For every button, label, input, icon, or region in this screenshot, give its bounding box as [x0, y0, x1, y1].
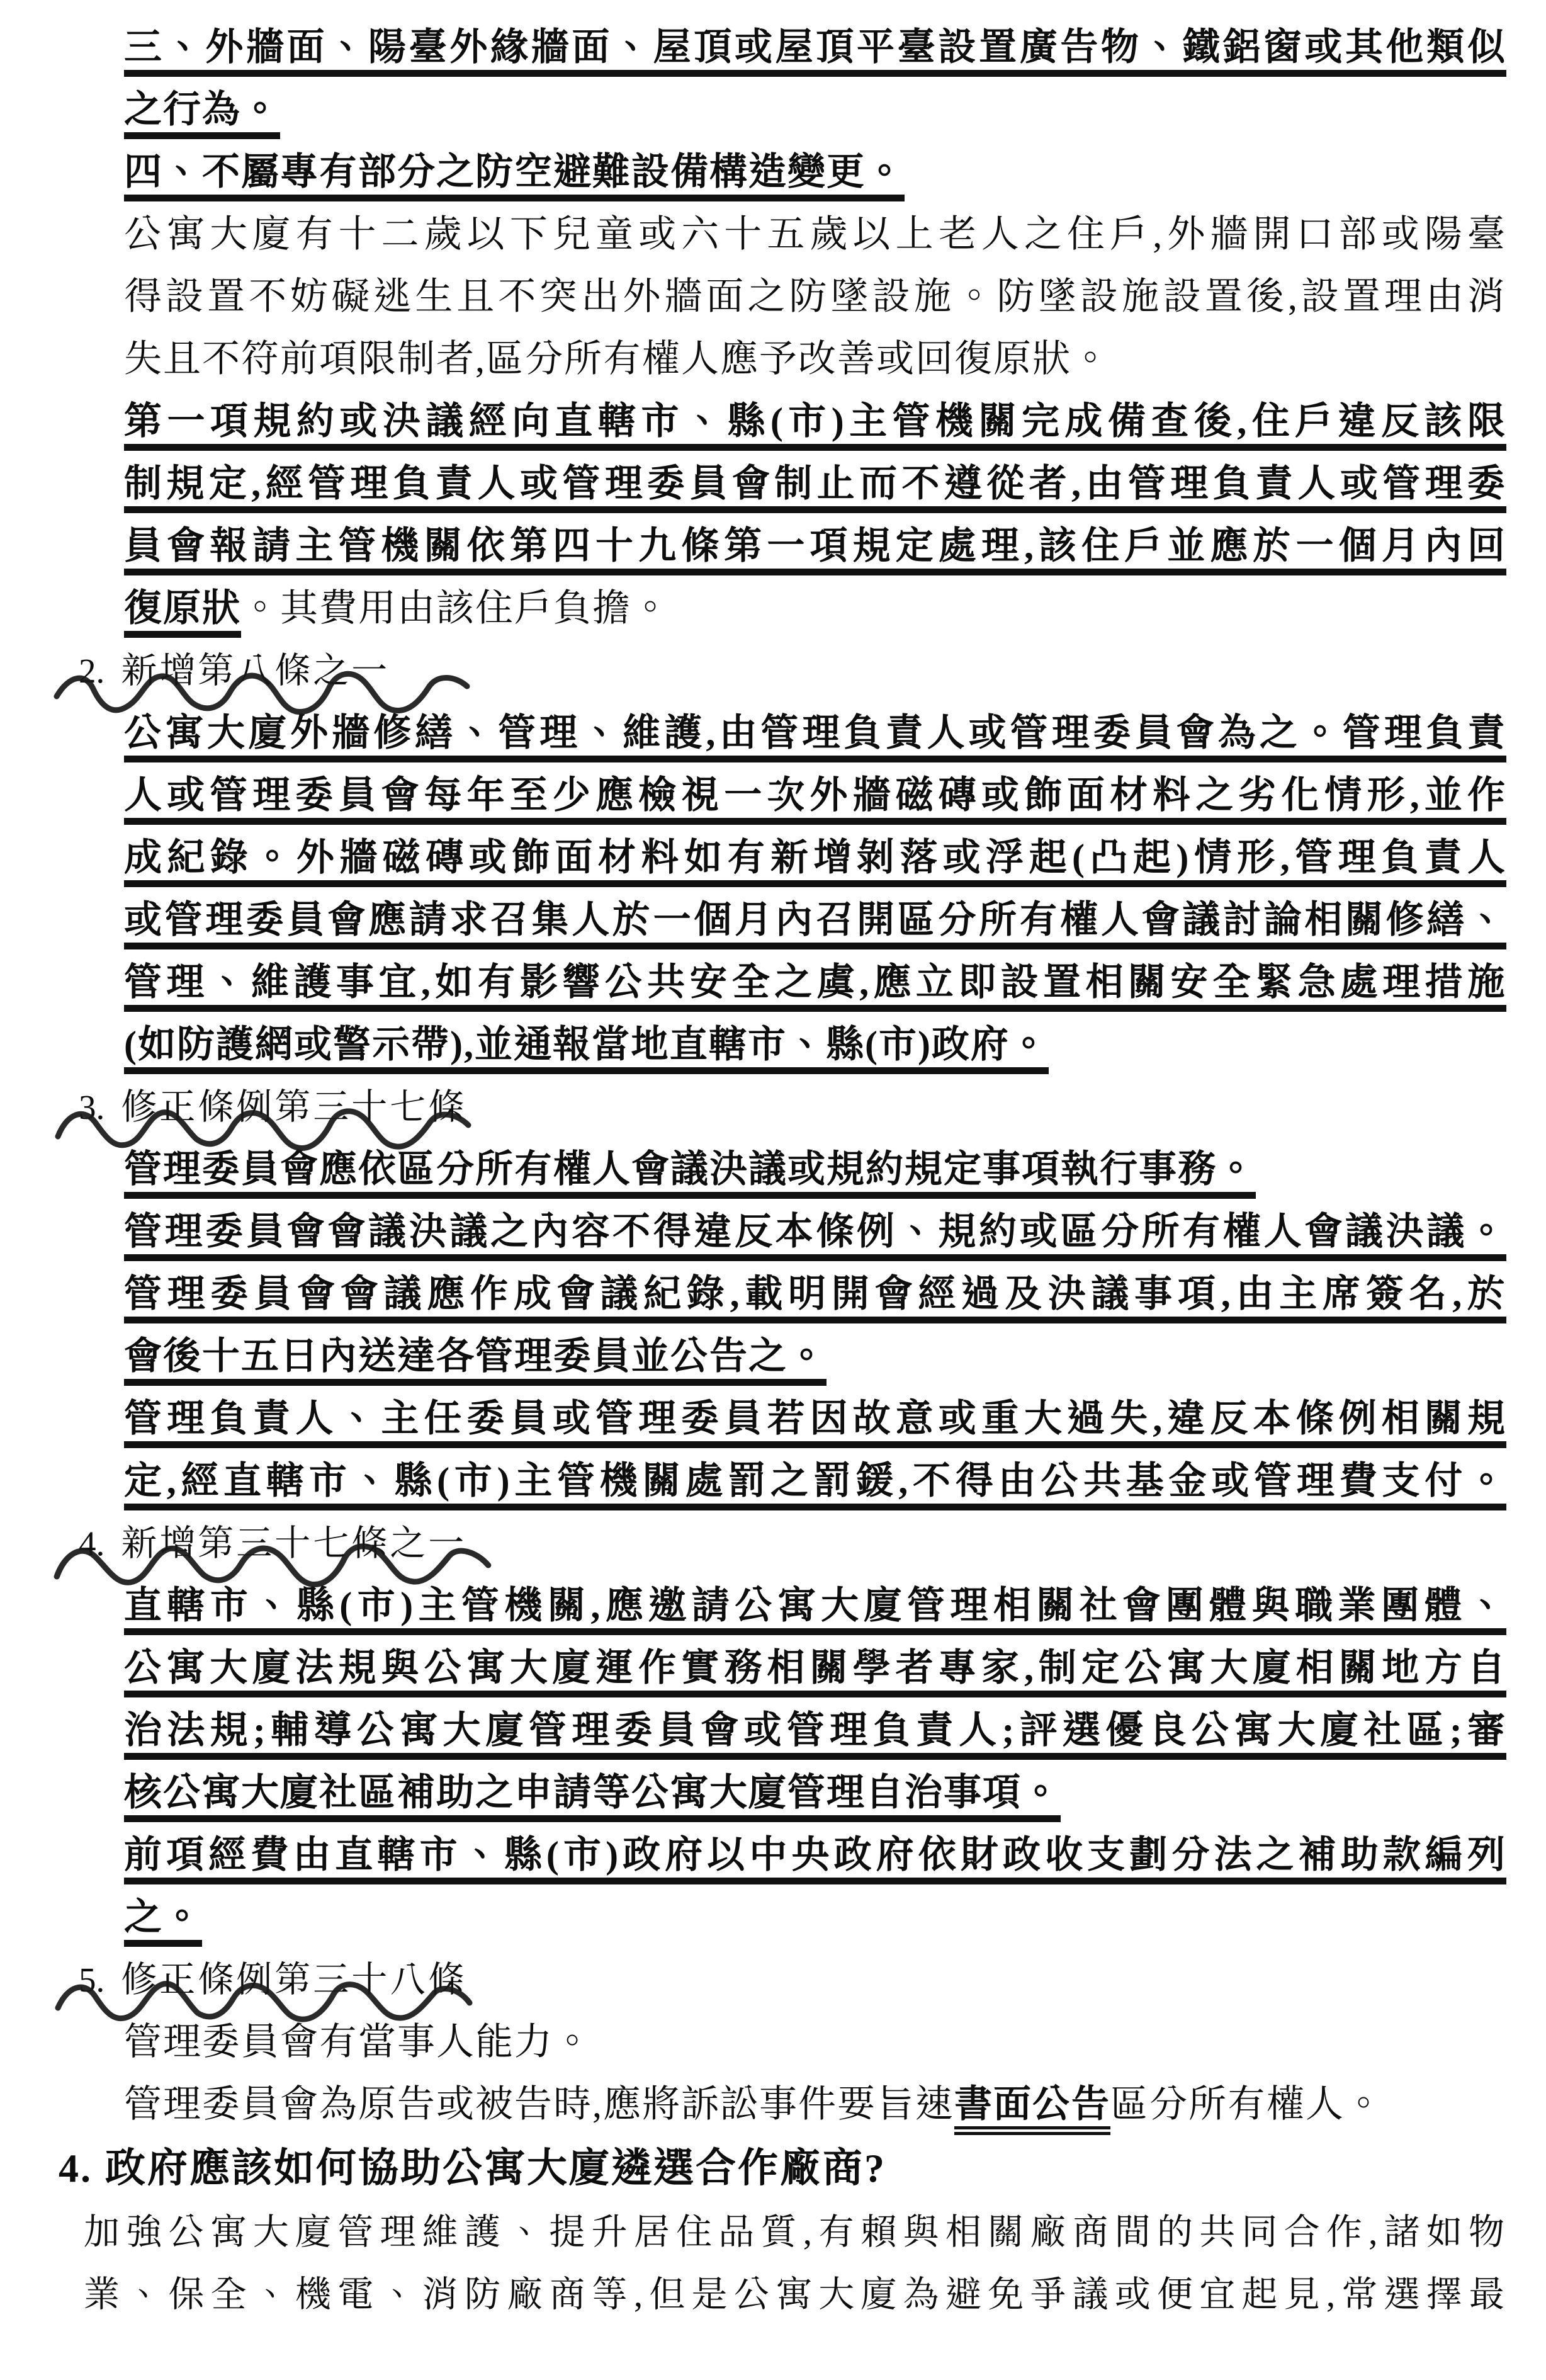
doc-line-item-3: 三、外牆面、陽臺外緣牆面、屋頂或屋頂平臺設置廣告物、鐵鋁窗或其他類似 — [124, 16, 1506, 79]
item-title: 修正條例第三十七條 — [121, 1087, 466, 1127]
doc-line: (如防護網或警示帶),並通報當地直轄市、縣(市)政府。 — [124, 1014, 1506, 1076]
doc-line-item-3-cont: 之行為。 — [124, 79, 1506, 141]
underlined-text: 管理委員會應依區分所有權人會議決議或規約規定事項執行事務。 — [124, 1148, 1256, 1199]
underlined-text: 會後十五日內送達各管理委員並公告之。 — [124, 1335, 827, 1386]
body-text: 。其費用由該住戶負擔。 — [241, 587, 670, 629]
underlined-text: 管理負責人、主任委員或管理委員若因故意或重大過失,違反本條例相關規 — [124, 1398, 1506, 1448]
item-title: 修正條例第三十八條 — [121, 1960, 466, 2000]
underlined-text: 定,經直轄市、縣(市)主管機關處罰之罰鍰,不得由公共基金或管理費支付。 — [124, 1460, 1506, 1510]
underlined-text: 之。 — [124, 1896, 202, 1947]
amendment-item-4-heading: 4.新增第三十七條之一 — [0, 1512, 1546, 1575]
underlined-text: 制規定,經管理負責人或管理委員會制止而不遵從者,由管理負責人或管理委 — [124, 463, 1506, 513]
doc-line: 治法規;輔導公寓大廈管理委員會或管理負責人;評選優良公寓大廈社區;審 — [124, 1699, 1506, 1762]
doc-line-mixed: 管理委員會為原告或被告時,應將訴訟事件要旨速書面公告區分所有權人。 — [124, 2073, 1506, 2136]
doc-line: 人或管理委員會每年至少應檢視一次外牆磁磚或飾面材料之劣化情形,並作 — [124, 764, 1506, 827]
underlined-text: 前項經費由直轄市、縣(市)政府以中央政府依財政收支劃分法之補助款編列 — [124, 1834, 1506, 1884]
doc-line: 公寓大廈外牆修繕、管理、維護,由管理負責人或管理委員會為之。管理負責 — [124, 702, 1506, 764]
doc-line: 會後十五日內送達各管理委員並公告之。 — [124, 1325, 1506, 1388]
underlined-text: 三、外牆面、陽臺外緣牆面、屋頂或屋頂平臺設置廣告物、鐵鋁窗或其他類似 — [124, 26, 1506, 77]
item-number: 3. — [79, 1088, 104, 1126]
body-text: 加強公寓大廈管理維護、提升居住品質,有賴與相關廠商間的共同合作,諸如物 — [84, 2213, 1506, 2252]
section-number: 4. — [59, 2146, 93, 2190]
underlined-text: 第一項規約或決議經向直轄市、縣(市)主管機關完成備查後,住戶違反該限 — [124, 400, 1506, 451]
underlined-text: 治法規;輔導公寓大廈管理委員會或管理負責人;評選優良公寓大廈社區;審 — [124, 1709, 1506, 1760]
doc-line-mixed: 復原狀。其費用由該住戶負擔。 — [124, 577, 1506, 640]
doc-line: 第一項規約或決議經向直轄市、縣(市)主管機關完成備查後,住戶違反該限 — [124, 390, 1506, 453]
amendment-item-2-heading: 2.新增第八條之一 — [0, 640, 1546, 702]
body-text: 管理委員會為原告或被告時,應將訴訟事件要旨速 — [124, 2083, 954, 2125]
underlined-text: 員會報請主管機關依第四十九條第一項規定處理,該住戶並應於一個月內回 — [124, 525, 1506, 575]
doc-line: 管理委員會有當事人能力。 — [124, 2011, 1506, 2073]
body-text: 失且不符前項限制者,區分所有權人應予改善或回復原狀。 — [124, 338, 1110, 380]
scanned-legal-document-page: 三、外牆面、陽臺外緣牆面、屋頂或屋頂平臺設置廣告物、鐵鋁窗或其他類似 之行為。 … — [0, 0, 1546, 2380]
doc-line: 加強公寓大廈管理維護、提升居住品質,有賴與相關廠商間的共同合作,諸如物 — [84, 2201, 1506, 2264]
double-underlined-text: 書面公告 — [954, 2083, 1110, 2135]
doc-line: 管理負責人、主任委員或管理委員若因故意或重大過失,違反本條例相關規 — [124, 1388, 1506, 1450]
doc-line: 前項經費由直轄市、縣(市)政府以中央政府依財政收支劃分法之補助款編列 — [124, 1824, 1506, 1886]
underlined-text: 成紀錄。外牆磁磚或飾面材料如有新增剝落或浮起(凸起)情形,管理負責人 — [124, 837, 1506, 887]
item-number: 4. — [79, 1524, 104, 1563]
body-text: 業、保全、機電、消防廠商等,但是公寓大廈為避免爭議或便宜起見,常選擇最 — [84, 2275, 1506, 2315]
doc-line: 管理委員會會議應作成會議紀錄,載明開會經過及決議事項,由主席簽名,於 — [124, 1263, 1506, 1325]
underlined-text: 復原狀 — [124, 587, 241, 638]
item-title: 新增第八條之一 — [121, 651, 390, 691]
underlined-text: 或管理委員會應請求召集人於一個月內召開區分所有權人會議討論相關修繕、 — [124, 899, 1506, 949]
item-number: 5. — [79, 1961, 104, 1999]
doc-line: 管理委員會會議決議之內容不得違反本條例、規約或區分所有權人會議決議。 — [124, 1201, 1506, 1263]
item-number: 2. — [79, 652, 104, 690]
item-title: 新增第三十七條之一 — [121, 1524, 466, 1563]
underlined-text: (如防護網或警示帶),並通報當地直轄市、縣(市)政府。 — [124, 1024, 1049, 1074]
doc-line: 業、保全、機電、消防廠商等,但是公寓大廈為避免爭議或便宜起見,常選擇最 — [84, 2264, 1506, 2326]
underlined-text: 公寓大廈外牆修繕、管理、維護,由管理負責人或管理委員會為之。管理負責 — [124, 712, 1506, 762]
underlined-text: 直轄市、縣(市)主管機關,應邀請公寓大廈管理相關社會團體與職業團體、 — [124, 1585, 1506, 1635]
amendment-item-5-heading: 5.修正條例第三十八條 — [0, 1949, 1546, 2011]
section-title: 政府應該如何協助公寓大廈遴選合作廠商? — [105, 2146, 886, 2190]
doc-line: 核公寓大廈社區補助之申請等公寓大廈管理自治事項。 — [124, 1762, 1506, 1824]
doc-line: 或管理委員會應請求召集人於一個月內召開區分所有權人會議討論相關修繕、 — [124, 889, 1506, 951]
doc-line: 之。 — [124, 1886, 1506, 1949]
doc-line: 員會報請主管機關依第四十九條第一項規定處理,該住戶並應於一個月內回 — [124, 515, 1506, 577]
section-question-4-heading: 4.政府應該如何協助公寓大廈遴選合作廠商? — [59, 2136, 1506, 2201]
doc-line: 公寓大廈法規與公寓大廈運作實務相關學者專家,制定公寓大廈相關地方自 — [124, 1637, 1506, 1699]
underlined-text: 四、不屬專有部分之防空避難設備構造變更。 — [124, 151, 905, 201]
doc-line: 失且不符前項限制者,區分所有權人應予改善或回復原狀。 — [124, 328, 1506, 390]
underlined-text: 人或管理委員會每年至少應檢視一次外牆磁磚或飾面材料之劣化情形,並作 — [124, 774, 1506, 825]
underlined-text: 核公寓大廈社區補助之申請等公寓大廈管理自治事項。 — [124, 1772, 1061, 1822]
doc-line: 管理委員會應依區分所有權人會議決議或規約規定事項執行事務。 — [124, 1138, 1506, 1201]
amendment-item-3-heading: 3.修正條例第三十七條 — [0, 1076, 1546, 1138]
doc-line: 管理、維護事宜,如有影響公共安全之虞,應立即設置相關安全緊急處理措施 — [124, 951, 1506, 1014]
doc-line: 定,經直轄市、縣(市)主管機關處罰之罰鍰,不得由公共基金或管理費支付。 — [124, 1450, 1506, 1512]
doc-line: 公寓大廈有十二歲以下兒童或六十五歲以上老人之住戶,外牆開口部或陽臺 — [124, 203, 1506, 266]
body-text: 區分所有權人。 — [1110, 2083, 1384, 2125]
doc-line: 成紀錄。外牆磁磚或飾面材料如有新增剝落或浮起(凸起)情形,管理負責人 — [124, 827, 1506, 889]
underlined-text: 之行為。 — [124, 89, 280, 139]
underlined-text: 管理、維護事宜,如有影響公共安全之虞,應立即設置相關安全緊急處理措施 — [124, 961, 1506, 1012]
underlined-text: 管理委員會會議決議之內容不得違反本條例、規約或區分所有權人會議決議。 — [124, 1211, 1506, 1261]
body-text: 得設置不妨礙逃生且不突出外牆面之防墜設施。防墜設施設置後,設置理由消 — [124, 276, 1506, 317]
underlined-text: 公寓大廈法規與公寓大廈運作實務相關學者專家,制定公寓大廈相關地方自 — [124, 1647, 1506, 1697]
body-text: 公寓大廈有十二歲以下兒童或六十五歲以上老人之住戶,外牆開口部或陽臺 — [124, 213, 1506, 255]
doc-line: 得設置不妨礙逃生且不突出外牆面之防墜設施。防墜設施設置後,設置理由消 — [124, 266, 1506, 328]
doc-line: 制規定,經管理負責人或管理委員會制止而不遵從者,由管理負責人或管理委 — [124, 453, 1506, 515]
body-text: 管理委員會有當事人能力。 — [124, 2021, 592, 2063]
doc-line: 直轄市、縣(市)主管機關,應邀請公寓大廈管理相關社會團體與職業團體、 — [124, 1575, 1506, 1637]
underlined-text: 管理委員會會議應作成會議紀錄,載明開會經過及決議事項,由主席簽名,於 — [124, 1273, 1506, 1323]
doc-line-item-4: 四、不屬專有部分之防空避難設備構造變更。 — [124, 141, 1506, 203]
